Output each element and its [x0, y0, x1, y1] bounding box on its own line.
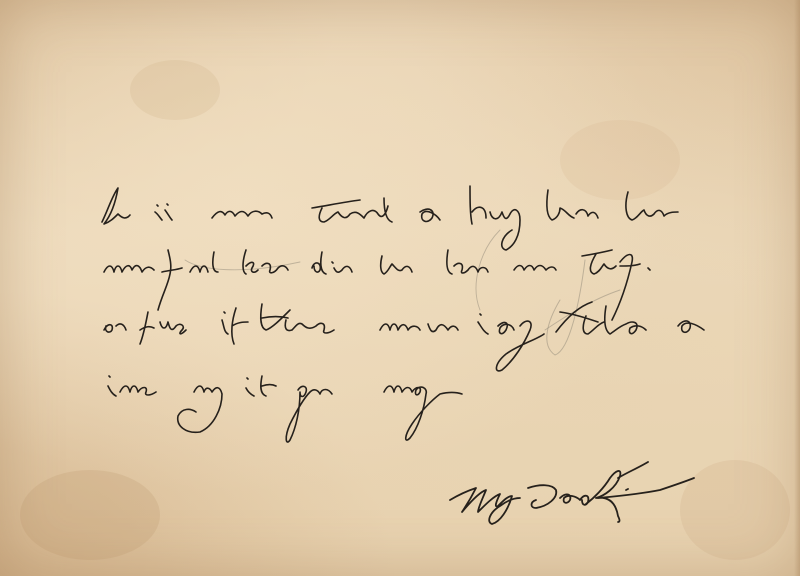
aged-paper-note: Se ir rer deeet & hug len lees inner f m…	[0, 0, 800, 576]
handwriting-line-4	[108, 376, 462, 442]
handwriting-ink	[0, 0, 800, 576]
signature	[450, 462, 694, 524]
handwriting-line-1	[102, 186, 678, 250]
handwriting-line-3	[104, 302, 704, 371]
